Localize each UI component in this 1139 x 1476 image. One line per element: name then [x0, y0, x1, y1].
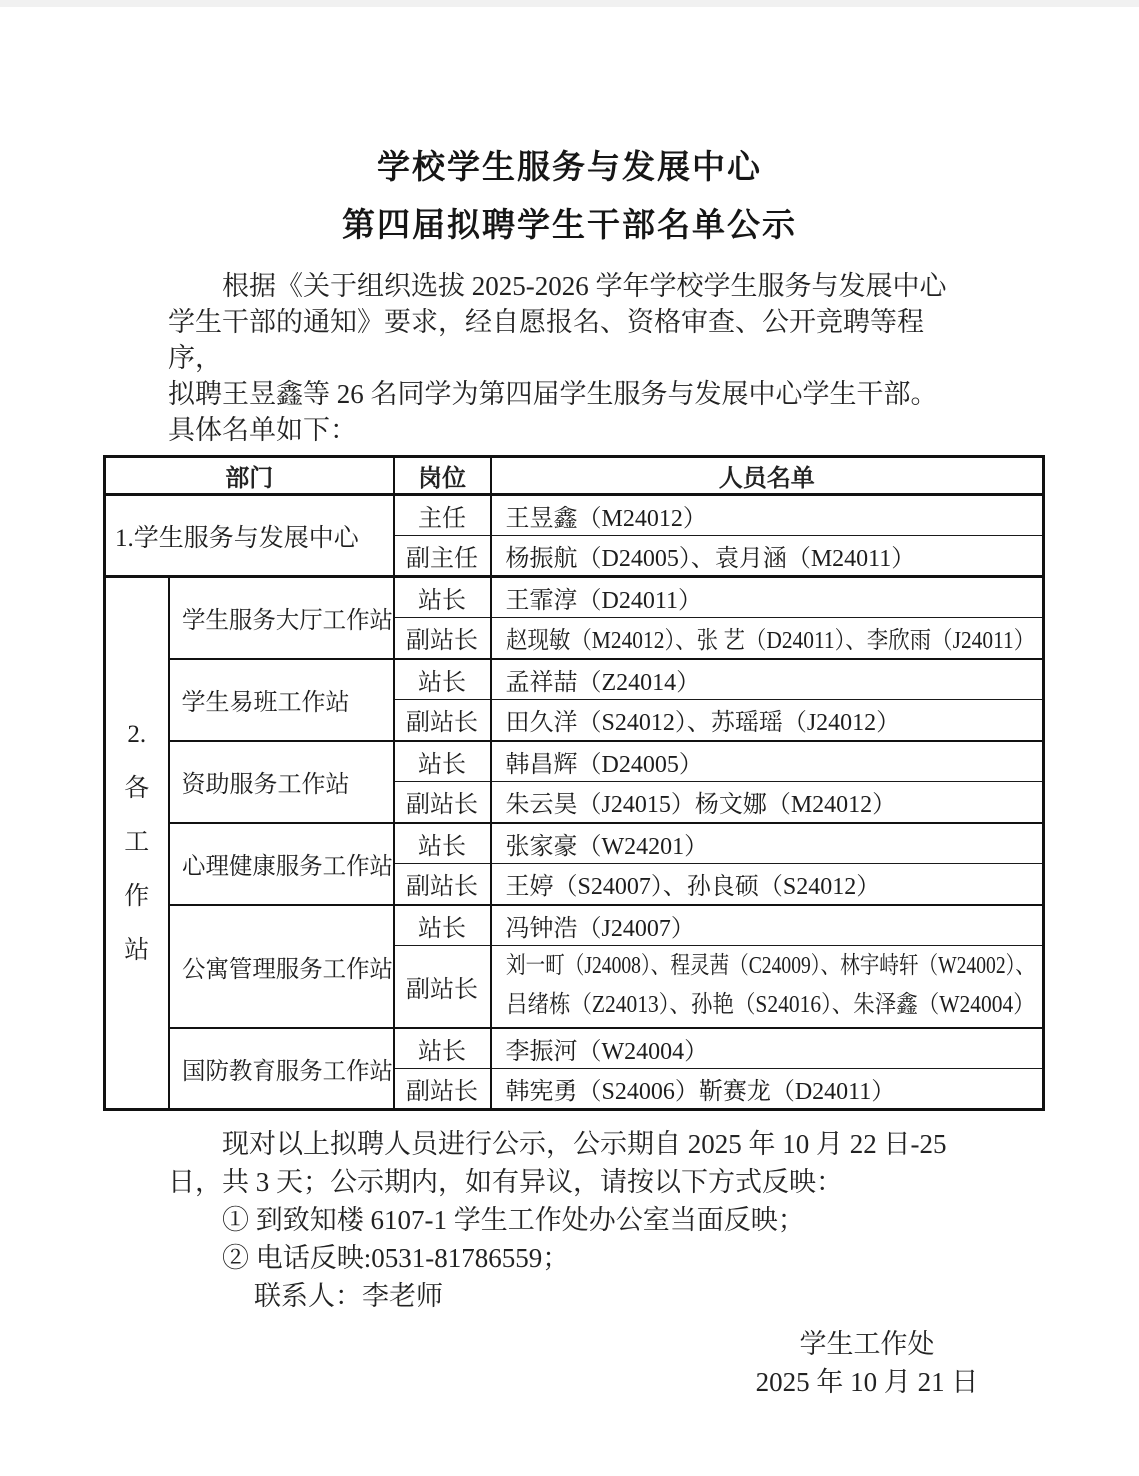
intro-paragraph: 根据《关于组织选拔 2025-2026 学年学校学生服务与发展中心 学生干部的通… [168, 268, 976, 448]
station-name: 学生服务大厅工作站 [182, 600, 388, 635]
names-text: 朱云昊（J24015）杨文娜（M24012） [506, 784, 1035, 819]
names-cell: 李振河（W24004） [491, 1028, 1044, 1069]
position-cell: 站长 [394, 1028, 491, 1069]
signoff-block: 学生工作处 2025 年 10 月 21 日 [697, 1325, 1037, 1401]
names-text: 赵现敏（M24012）、张 艺（D24011）、李欣雨（J24011） [506, 620, 978, 655]
names-cell: 王婷（S24007）、孙良硕（S24012） [491, 864, 1044, 905]
intro-line: 学生干部的通知》要求，经自愿报名、资格审查、公开竞聘等程序， [168, 304, 976, 376]
position-cell: 副站长 [394, 864, 491, 905]
position-cell: 站长 [394, 905, 491, 946]
names-cell: 张家豪（W24201） [491, 823, 1044, 864]
scan-edge-band [0, 0, 1139, 7]
table-row: 心理健康服务工作站 站长 张家豪（W24201） [105, 823, 1044, 864]
department-cell-stations: 2.各工作站 [105, 577, 169, 1110]
footer-line: ① 到致知楼 6107-1 学生工作处办公室当面反映； [168, 1201, 980, 1239]
table-row: 公寓管理服务工作站 站长 冯钟浩（J24007） [105, 905, 1044, 946]
names-text: 冯钟浩（J24007） [506, 908, 1035, 943]
signer-name: 学生工作处 [697, 1325, 1037, 1363]
doc-title-line1: 学校学生服务与发展中心 [0, 0, 1139, 186]
footer-line: ② 电话反映:0531-81786559； [168, 1239, 980, 1277]
names-text: 王婷（S24007）、孙良硕（S24012） [506, 866, 1035, 901]
names-cell: 杨振航（D24005）、袁月涵（M24011） [491, 536, 1044, 577]
names-text: 孟祥喆（Z24014） [506, 662, 1035, 697]
footer-line: 联系人：李老师 [168, 1277, 980, 1315]
station-cell: 学生易班工作站 [169, 659, 394, 741]
names-cell: 朱云昊（J24015）杨文娜（M24012） [491, 782, 1044, 823]
col-header-position: 岗位 [394, 457, 491, 495]
footer-line: 日，共 3 天；公示期内，如有异议，请按以下方式反映： [168, 1163, 980, 1201]
intro-line: 根据《关于组织选拔 2025-2026 学年学校学生服务与发展中心 [168, 268, 976, 304]
names-text: 韩宪勇（S24006）靳赛龙（D24011） [506, 1071, 1035, 1106]
position-cell: 副站长 [394, 700, 491, 741]
station-name: 心理健康服务工作站 [182, 846, 388, 881]
names-cell: 刘一町（J24008）、程灵茜（C24009）、林宇峙轩（W24002）、 吕绪… [491, 946, 1044, 1028]
department-label: 1.学生服务与发展中心 [115, 518, 393, 554]
names-cell: 韩昌辉（D24005） [491, 741, 1044, 782]
names-cell: 孟祥喆（Z24014） [491, 659, 1044, 700]
names-text: 张家豪（W24201） [506, 826, 1035, 861]
table-header-row: 部门 岗位 人员名单 [105, 457, 1044, 495]
position-cell: 副站长 [394, 1069, 491, 1110]
names-text: 王昱鑫（M24012） [506, 498, 1035, 533]
names-cell: 韩宪勇（S24006）靳赛龙（D24011） [491, 1069, 1044, 1110]
names-text: 王霏淳（D24011） [506, 580, 1035, 615]
table-row: 国防教育服务工作站 站长 李振河（W24004） [105, 1028, 1044, 1069]
position-cell: 副站长 [394, 782, 491, 823]
position-cell: 站长 [394, 577, 491, 618]
table-row: 资助服务工作站 站长 韩昌辉（D24005） [105, 741, 1044, 782]
station-cell: 国防教育服务工作站 [169, 1028, 394, 1110]
position-cell: 副站长 [394, 946, 491, 1028]
station-cell: 公寓管理服务工作站 [169, 905, 394, 1028]
station-name: 学生易班工作站 [182, 682, 393, 717]
position-cell: 副主任 [394, 536, 491, 577]
station-name: 国防教育服务工作站 [182, 1051, 388, 1086]
position-cell: 主任 [394, 495, 491, 536]
position-cell: 站长 [394, 659, 491, 700]
position-cell: 站长 [394, 741, 491, 782]
names-cell: 赵现敏（M24012）、张 艺（D24011）、李欣雨（J24011） [491, 618, 1044, 659]
col-header-names: 人员名单 [491, 457, 1044, 495]
names-text: 田久洋（S24012）、苏瑶瑶（J24012） [506, 702, 1035, 737]
footer-line: 现对以上拟聘人员进行公示，公示期自 2025 年 10 月 22 日-25 [168, 1125, 980, 1163]
position-cell: 副站长 [394, 618, 491, 659]
roster-table: 部门 岗位 人员名单 1.学生服务与发展中心 主任 王昱鑫（M24012） 副主… [103, 455, 1045, 1111]
names-text-line1: 刘一町（J24008）、程灵茜（C24009）、林宇峙轩（W24002）、 [506, 947, 937, 986]
table-row: 1.学生服务与发展中心 主任 王昱鑫（M24012） [105, 495, 1044, 536]
names-text: 韩昌辉（D24005） [506, 744, 1035, 779]
station-cell: 资助服务工作站 [169, 741, 394, 823]
station-name: 资助服务工作站 [182, 764, 393, 799]
station-cell: 学生服务大厅工作站 [169, 577, 394, 659]
station-cell: 心理健康服务工作站 [169, 823, 394, 905]
names-cell: 田久洋（S24012）、苏瑶瑶（J24012） [491, 700, 1044, 741]
position-cell: 站长 [394, 823, 491, 864]
names-cell: 王昱鑫（M24012） [491, 495, 1044, 536]
intro-line: 拟聘王昱鑫等 26 名同学为第四届学生服务与发展中心学生干部。 [168, 376, 976, 412]
col-header-department: 部门 [105, 457, 394, 495]
document-page: 学校学生服务与发展中心 第四届拟聘学生干部名单公示 根据《关于组织选拔 2025… [0, 0, 1139, 1476]
names-text: 杨振航（D24005）、袁月涵（M24011） [506, 538, 1035, 573]
names-cell: 冯钟浩（J24007） [491, 905, 1044, 946]
names-text: 李振河（W24004） [506, 1031, 1035, 1066]
signoff-date: 2025 年 10 月 21 日 [697, 1363, 1037, 1401]
table-row: 学生易班工作站 站长 孟祥喆（Z24014） [105, 659, 1044, 700]
names-cell: 王霏淳（D24011） [491, 577, 1044, 618]
doc-title-line2: 第四届拟聘学生干部名单公示 [0, 208, 1139, 244]
table-row: 2.各工作站 学生服务大厅工作站 站长 王霏淳（D24011） [105, 577, 1044, 618]
station-name: 公寓管理服务工作站 [182, 949, 388, 984]
intro-line: 具体名单如下： [168, 412, 976, 448]
names-text-line2: 吕绪栋（Z24013）、孙艳（S24016）、朱泽鑫（W24004） [506, 986, 979, 1025]
department-cell-center: 1.学生服务与发展中心 [105, 495, 394, 577]
footer-paragraph: 现对以上拟聘人员进行公示，公示期自 2025 年 10 月 22 日-25 日，… [168, 1125, 980, 1315]
